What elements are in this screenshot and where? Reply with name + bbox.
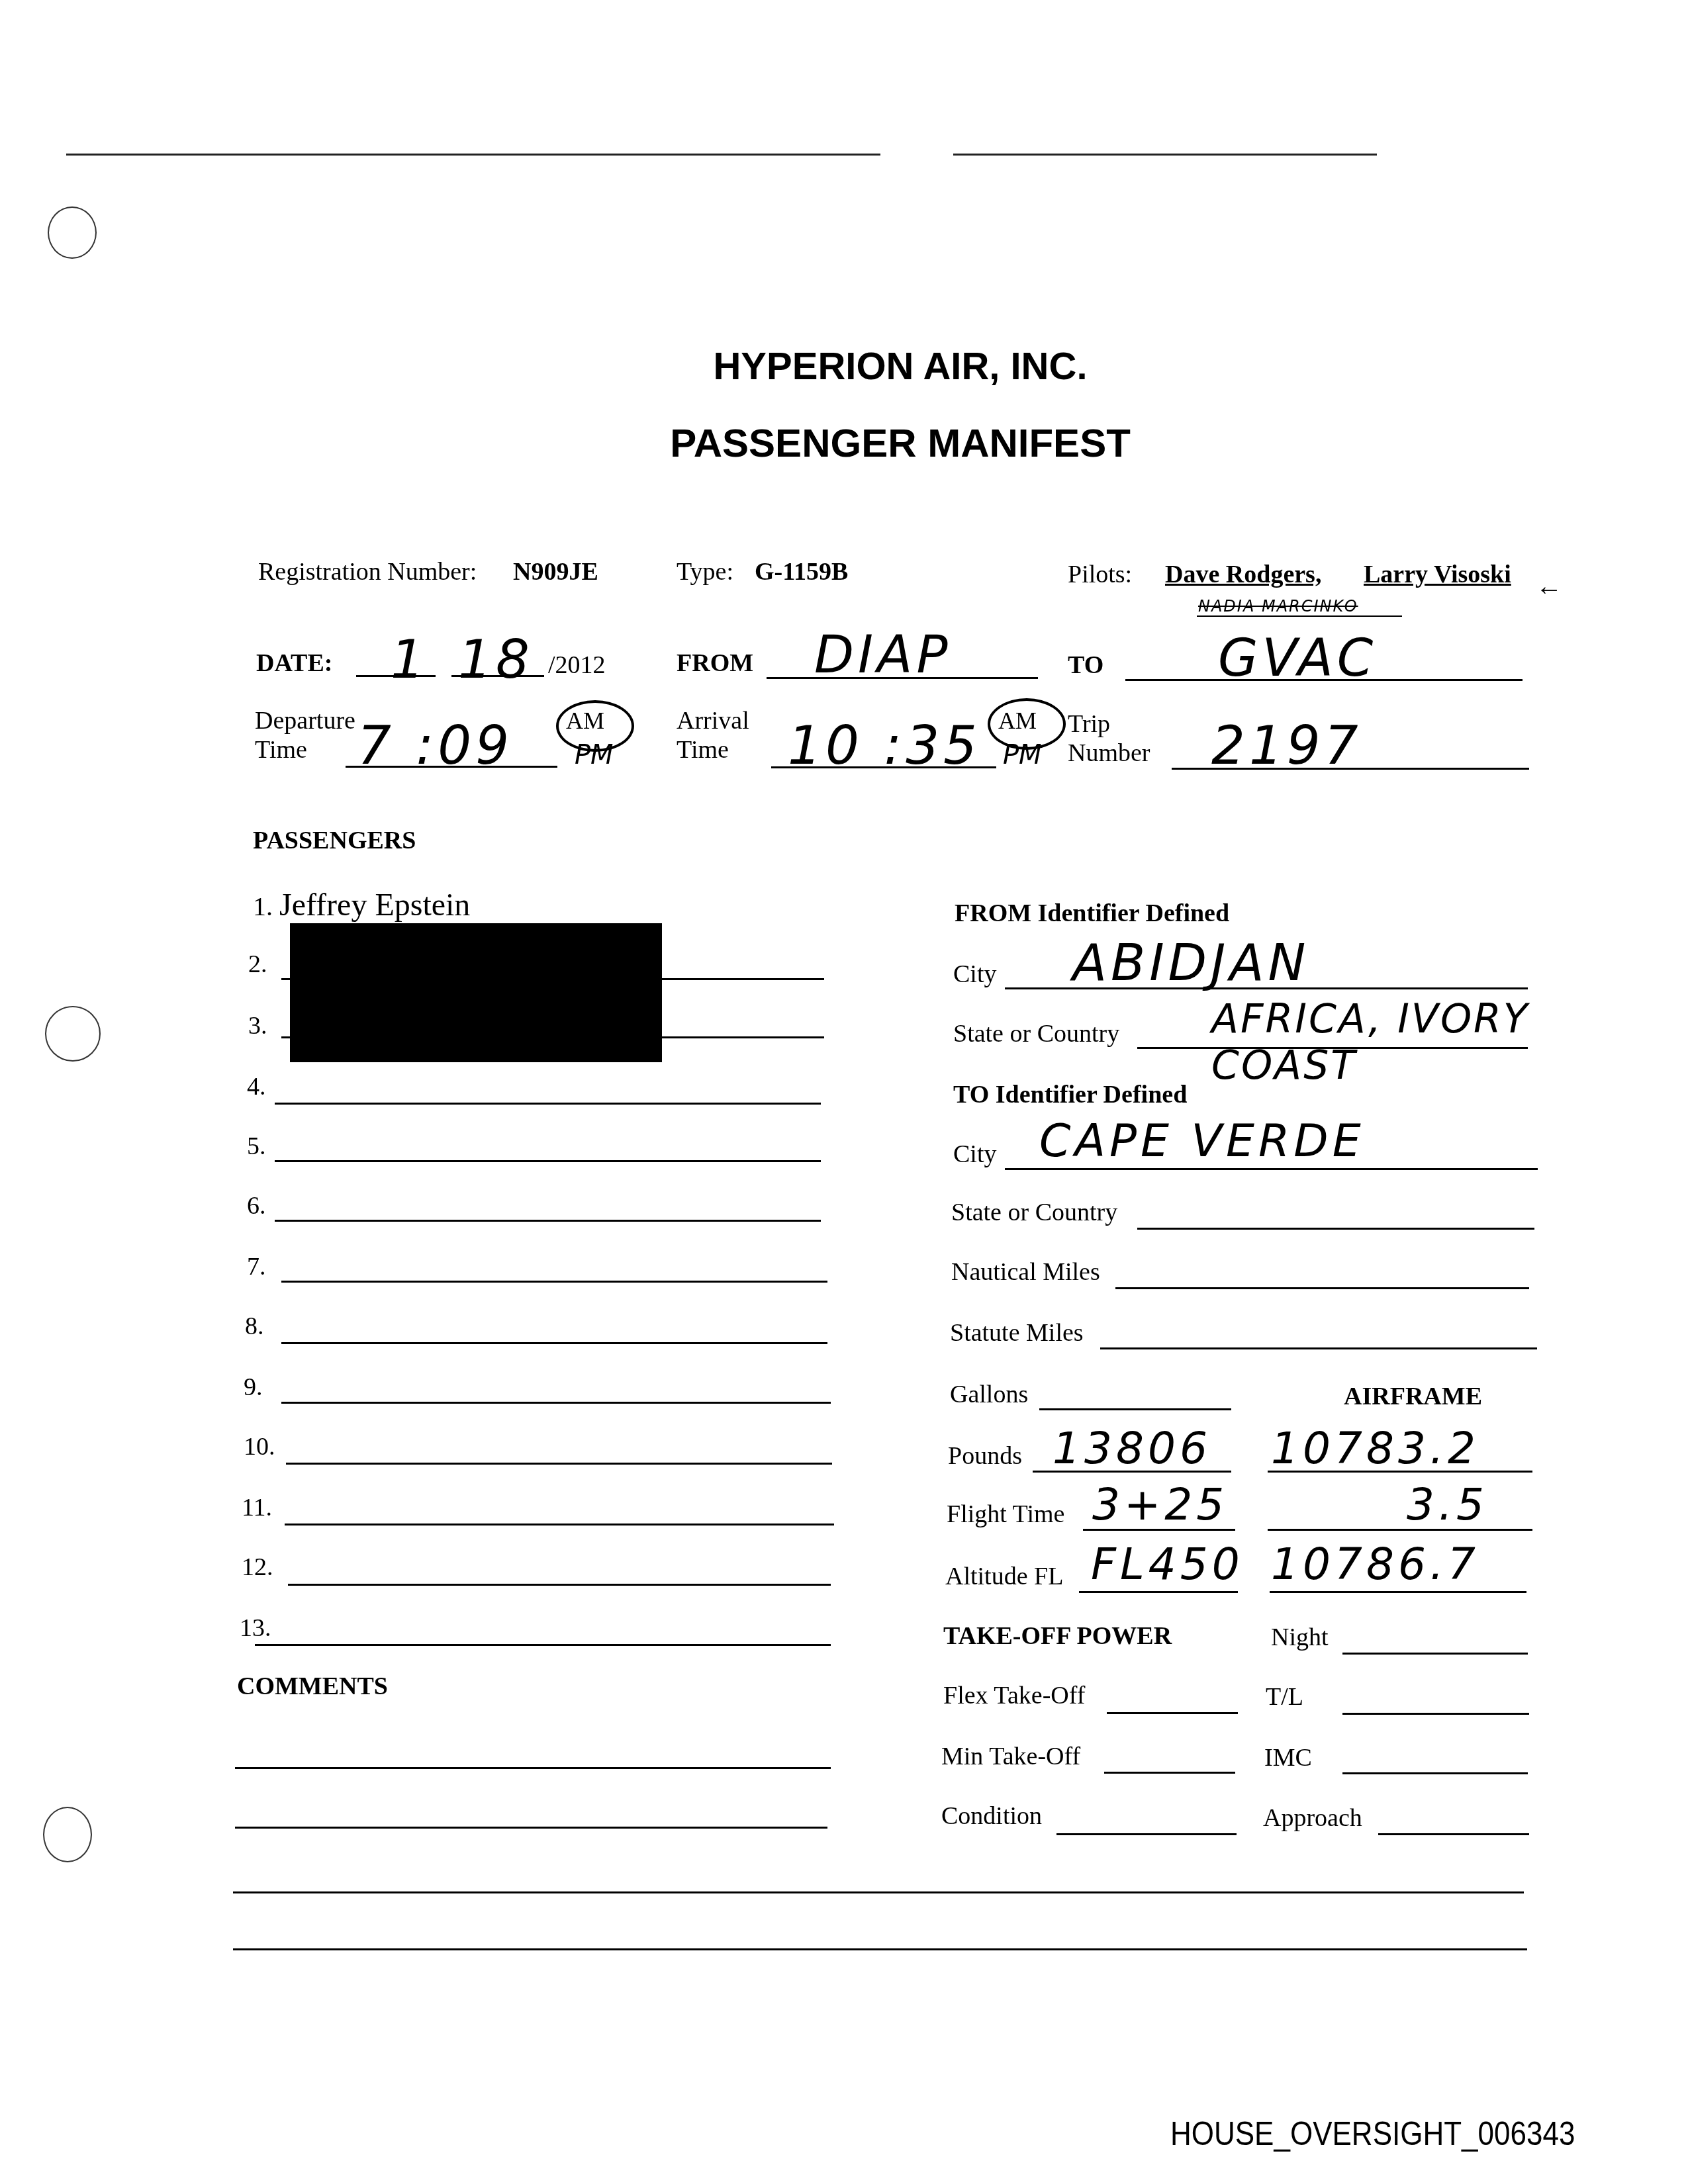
pounds-value: 13806	[1053, 1423, 1211, 1474]
passenger-num: 2.	[248, 950, 267, 979]
passenger-field-7[interactable]	[281, 1281, 827, 1283]
airframe-heading: AIRFRAME	[1344, 1382, 1482, 1411]
pounds-label: Pounds	[948, 1441, 1022, 1471]
passenger-field-4[interactable]	[275, 1103, 821, 1105]
condition-field[interactable]	[1056, 1833, 1237, 1835]
to-value: GVAC	[1218, 629, 1377, 688]
from-value: DIAP	[814, 625, 951, 685]
to-identifier-heading: TO Identifier Defined	[953, 1080, 1187, 1109]
min-takeoff-field[interactable]	[1104, 1772, 1235, 1774]
from-state-label: State or Country	[953, 1019, 1119, 1048]
departure-label: Departure Time	[255, 706, 355, 764]
type-label: Type:	[677, 557, 733, 586]
night-label: Night	[1271, 1623, 1329, 1652]
passenger-field-8[interactable]	[281, 1342, 827, 1344]
to-city-value: CAPE VERDE	[1039, 1115, 1365, 1167]
departure-pm: PM	[575, 740, 614, 770]
from-label: FROM	[677, 649, 753, 678]
arrival-pm: PM	[1003, 740, 1042, 770]
flex-takeoff-label: Flex Take-Off	[943, 1681, 1085, 1710]
pilot-struck: NADIA MARCINKO	[1198, 597, 1358, 615]
trip-label-line2: Number	[1068, 739, 1150, 768]
arrow-mark-icon: ←	[1536, 570, 1562, 602]
comments-line-1[interactable]	[235, 1767, 831, 1769]
passenger-num: 7.	[247, 1252, 266, 1281]
from-state-value: AFRICA, IVORY COAST	[1211, 996, 1688, 1089]
passenger-field-11[interactable]	[285, 1524, 834, 1525]
punch-hole	[43, 1807, 92, 1862]
altitude-field[interactable]	[1079, 1591, 1238, 1593]
nautical-miles-field[interactable]	[1115, 1287, 1529, 1289]
airframe-value-1: 10783.2	[1271, 1423, 1479, 1474]
condition-label: Condition	[941, 1801, 1042, 1831]
statute-miles-label: Statute Miles	[950, 1318, 1084, 1347]
date-day-value: 18	[458, 629, 534, 690]
trip-label-line1: Trip	[1068, 709, 1150, 739]
punch-hole	[48, 206, 97, 259]
passenger-num: 4.	[247, 1072, 266, 1101]
trip-number-value: 2197	[1211, 715, 1362, 776]
from-city-label: City	[953, 960, 996, 989]
comments-line-2[interactable]	[235, 1827, 827, 1829]
to-city-field[interactable]	[1005, 1168, 1538, 1170]
passenger-field-9[interactable]	[281, 1402, 831, 1404]
date-year: /2012	[548, 651, 606, 680]
passenger-field-13[interactable]	[255, 1644, 831, 1646]
passenger-num: 12.	[242, 1553, 273, 1582]
scan-artifact-line	[66, 154, 880, 156]
airframe-field-3[interactable]	[1270, 1591, 1526, 1593]
arrival-label-line1: Arrival	[677, 706, 749, 735]
pilot-2: Larry Visoski	[1364, 560, 1511, 589]
punch-hole	[45, 1006, 101, 1062]
comments-line-3[interactable]	[233, 1891, 1524, 1893]
flight-time-value: 3+25	[1092, 1479, 1228, 1530]
pilots-label: Pilots:	[1068, 560, 1132, 589]
registration-value: N909JE	[513, 557, 598, 586]
type-value: G-1159B	[755, 557, 848, 586]
comments-line-4[interactable]	[233, 1948, 1527, 1950]
to-city-label: City	[953, 1140, 996, 1169]
flex-takeoff-field[interactable]	[1107, 1712, 1238, 1714]
to-state-label: State or Country	[951, 1198, 1117, 1227]
passengers-heading: PASSENGERS	[253, 826, 416, 855]
arrival-time-value: 10 :35	[788, 715, 981, 776]
registration-label: Registration Number:	[258, 557, 477, 586]
min-takeoff-label: Min Take-Off	[941, 1742, 1080, 1771]
to-state-field[interactable]	[1137, 1228, 1534, 1230]
imc-field[interactable]	[1342, 1772, 1528, 1774]
comments-heading: COMMENTS	[237, 1672, 388, 1701]
date-label: DATE:	[256, 649, 332, 678]
company-name: HYPERION AIR, INC.	[0, 344, 1688, 388]
underline	[1197, 615, 1402, 617]
altitude-value: FL450	[1091, 1539, 1244, 1590]
bates-number: HOUSE_OVERSIGHT_006343	[1170, 2115, 1575, 2153]
airframe-value-2: 3.5	[1407, 1479, 1488, 1530]
date-month-value: 1	[391, 629, 428, 690]
passenger-num: 9.	[244, 1373, 263, 1402]
departure-label-line1: Departure	[255, 706, 355, 735]
statute-miles-field[interactable]	[1100, 1347, 1537, 1349]
passenger-num: 11.	[242, 1493, 272, 1522]
passenger-field-12[interactable]	[288, 1584, 831, 1586]
tl-label: T/L	[1266, 1682, 1303, 1711]
passenger-num: 6.	[247, 1191, 266, 1220]
gallons-label: Gallons	[950, 1380, 1028, 1409]
imc-label: IMC	[1264, 1743, 1312, 1772]
gallons-field[interactable]	[1039, 1408, 1231, 1410]
page-title: PASSENGER MANIFEST	[0, 420, 1688, 466]
passenger-num: 8.	[245, 1312, 264, 1341]
departure-label-line2: Time	[255, 735, 355, 764]
redaction-box	[290, 923, 662, 1062]
tl-field[interactable]	[1342, 1713, 1529, 1715]
flight-time-label: Flight Time	[947, 1500, 1064, 1529]
passenger-num: 1.	[253, 891, 273, 921]
departure-time-value: 7 :09	[357, 715, 513, 776]
passenger-num: 10.	[244, 1432, 275, 1461]
altitude-label: Altitude FL	[945, 1562, 1063, 1591]
passenger-row-1: 1. Jeffrey Epstein	[253, 887, 470, 923]
approach-field[interactable]	[1378, 1833, 1529, 1835]
airframe-field-2[interactable]	[1268, 1529, 1532, 1531]
scan-artifact-line	[953, 154, 1377, 156]
passenger-field-10[interactable]	[286, 1463, 832, 1465]
arrival-label-line2: Time	[677, 735, 749, 764]
passenger-field-5[interactable]	[275, 1160, 821, 1162]
pilot-1: Dave Rodgers,	[1165, 560, 1321, 589]
from-city-value: ABIDJAN	[1072, 933, 1309, 992]
from-identifier-heading: FROM Identifier Defined	[955, 899, 1229, 928]
takeoff-power-heading: TAKE-OFF POWER	[943, 1621, 1172, 1651]
passenger-name: Jeffrey Epstein	[279, 887, 470, 923]
to-label: TO	[1068, 651, 1103, 680]
arrival-label: Arrival Time	[677, 706, 749, 764]
trip-label: Trip Number	[1068, 709, 1150, 768]
passenger-num: 13.	[240, 1614, 271, 1643]
passenger-num: 3.	[248, 1011, 267, 1040]
airframe-value-3: 10786.7	[1271, 1539, 1479, 1590]
night-field[interactable]	[1342, 1653, 1528, 1655]
passenger-num: 5.	[247, 1132, 266, 1161]
nautical-miles-label: Nautical Miles	[951, 1257, 1100, 1287]
approach-label: Approach	[1263, 1803, 1362, 1833]
passenger-field-6[interactable]	[275, 1220, 821, 1222]
